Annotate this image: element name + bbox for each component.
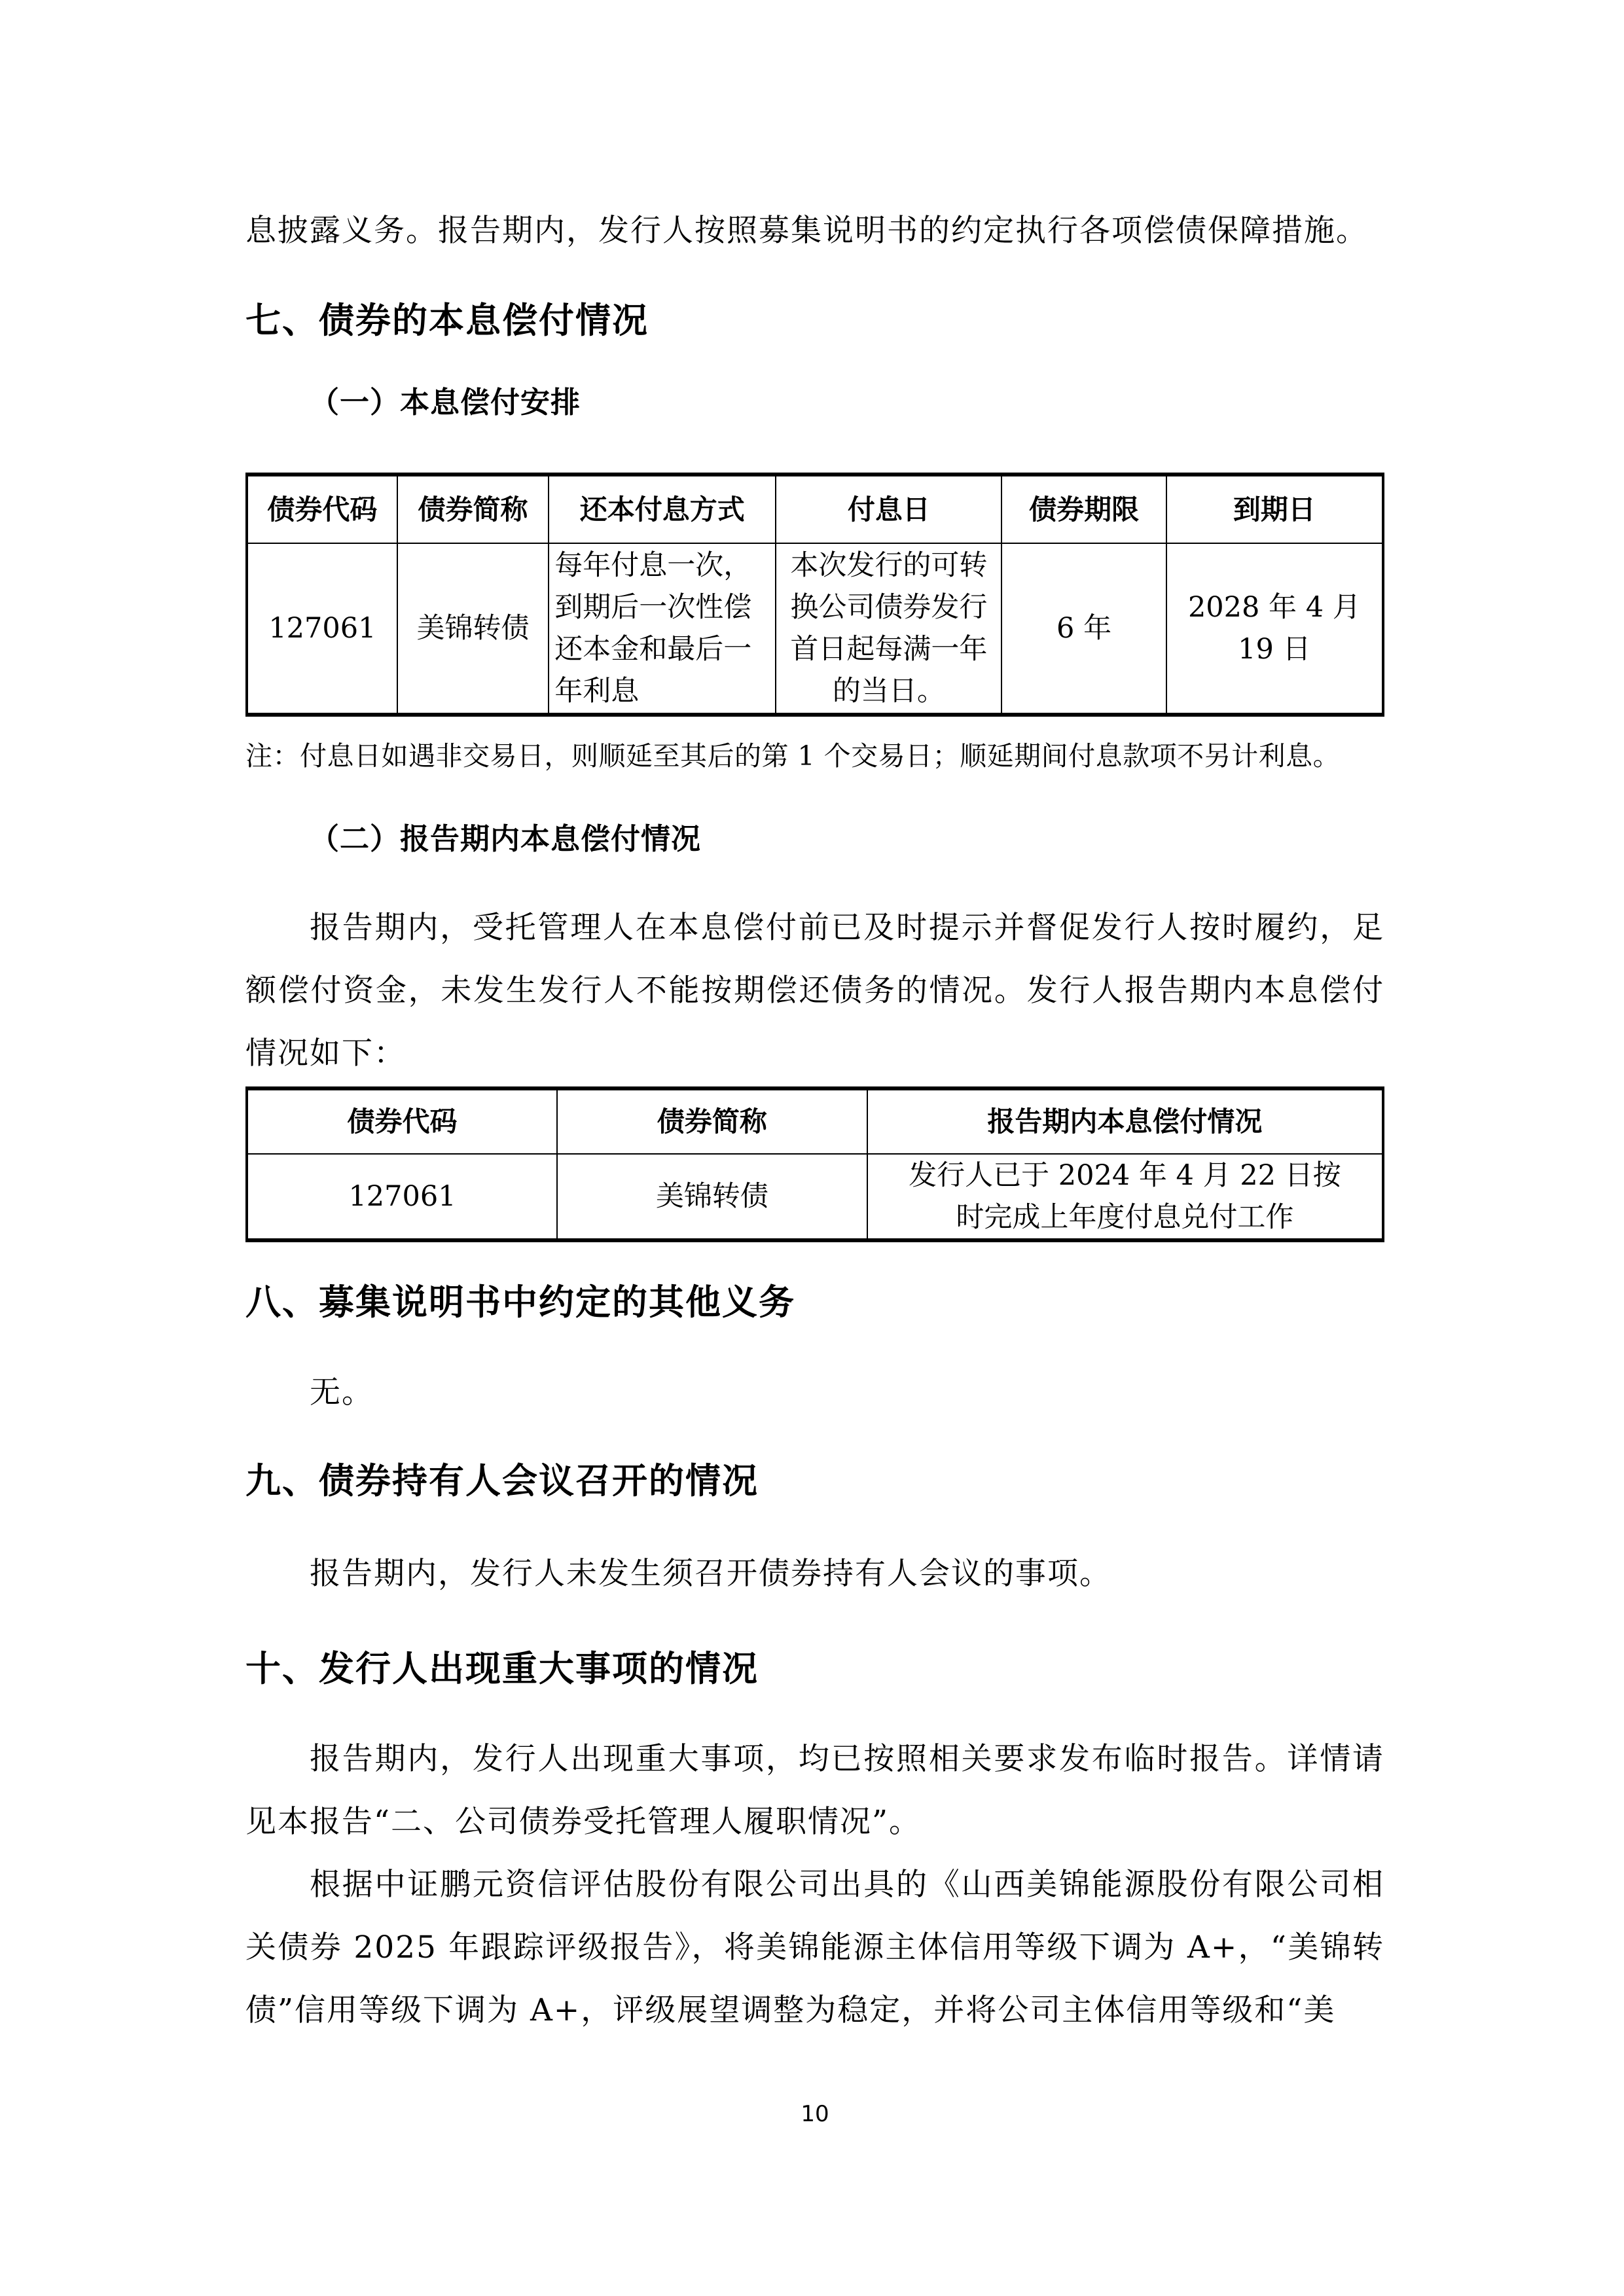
- intro-paragraph: 息披露义务。报告期内，发行人按照募集说明书的约定执行各项偿债保障措施。: [245, 200, 1384, 262]
- header-bond-short-name: 债券简称: [397, 475, 549, 543]
- section-9-heading: 九、债券持有人会议召开的情况: [245, 1458, 759, 1504]
- cell-interest-date: 本次发行的可转换公司债券发行首日起每满一年的当日。: [776, 543, 1001, 715]
- cell-repayment-method: 每年付息一次，到期后一次性偿还本金和最后一年利息: [549, 543, 776, 715]
- header-maturity-date: 到期日: [1166, 475, 1383, 543]
- section-7-2-heading: （二）报告期内本息偿付情况: [310, 819, 701, 859]
- section-10-heading: 十、发行人出现重大事项的情况: [245, 1646, 759, 1692]
- header-repayment-method: 还本付息方式: [549, 475, 776, 543]
- table-header-row: 债券代码 债券简称 还本付息方式 付息日 债券期限 到期日: [247, 475, 1383, 543]
- repayment-schedule-table: 债券代码 债券简称 还本付息方式 付息日 债券期限 到期日 127061 美锦转…: [245, 473, 1384, 717]
- section-10-paragraph-1: 报告期内，发行人出现重大事项，均已按照相关要求发布临时报告。详情请见本报告“二、…: [245, 1728, 1384, 1854]
- section-7-1-heading: （一）本息偿付安排: [310, 383, 581, 422]
- section-9-paragraph: 报告期内，发行人未发生须召开债券持有人会议的事项。: [245, 1543, 1384, 1605]
- page-number: 10: [245, 2101, 1384, 2127]
- section-7-2-paragraph: 报告期内，受托管理人在本息偿付前已及时提示并督促发行人按时履约，足额偿付资金，未…: [245, 897, 1384, 1085]
- table-row: 127061 美锦转债 每年付息一次，到期后一次性偿还本金和最后一年利息 本次发…: [247, 543, 1383, 715]
- section-10-paragraph-2: 根据中证鹏元资信评估股份有限公司出具的《山西美锦能源股份有限公司相关债券 202…: [245, 1854, 1384, 2042]
- cell-bond-code: 127061: [247, 543, 397, 715]
- header-bond-short-name: 债券简称: [557, 1088, 867, 1154]
- section-8-paragraph: 无。: [245, 1361, 1384, 1424]
- header-bond-code: 债券代码: [247, 475, 397, 543]
- header-bond-code: 债券代码: [247, 1088, 557, 1154]
- table-row: 127061 美锦转债 发行人已于 2024 年 4 月 22 日按时完成上年度…: [247, 1154, 1383, 1240]
- table-note: 注：付息日如遇非交易日，则顺延至其后的第 1 个交易日；顺延期间付息款项不另计利…: [245, 736, 1398, 776]
- header-repayment-status: 报告期内本息偿付情况: [867, 1088, 1383, 1154]
- header-bond-term: 债券期限: [1001, 475, 1166, 543]
- cell-bond-code: 127061: [247, 1154, 557, 1240]
- section-8-heading: 八、募集说明书中约定的其他义务: [245, 1280, 795, 1325]
- table-header-row: 债券代码 债券简称 报告期内本息偿付情况: [247, 1088, 1383, 1154]
- section-7-heading: 七、债券的本息偿付情况: [245, 298, 649, 344]
- cell-maturity-date: 2028 年 4 月 19 日: [1166, 543, 1383, 715]
- cell-repayment-status: 发行人已于 2024 年 4 月 22 日按时完成上年度付息兑付工作: [867, 1154, 1383, 1240]
- cell-bond-short-name: 美锦转债: [397, 543, 549, 715]
- repayment-status-table: 债券代码 债券简称 报告期内本息偿付情况 127061 美锦转债 发行人已于 2…: [245, 1086, 1384, 1242]
- cell-bond-short-name: 美锦转债: [557, 1154, 867, 1240]
- cell-bond-term: 6 年: [1001, 543, 1166, 715]
- header-interest-date: 付息日: [776, 475, 1001, 543]
